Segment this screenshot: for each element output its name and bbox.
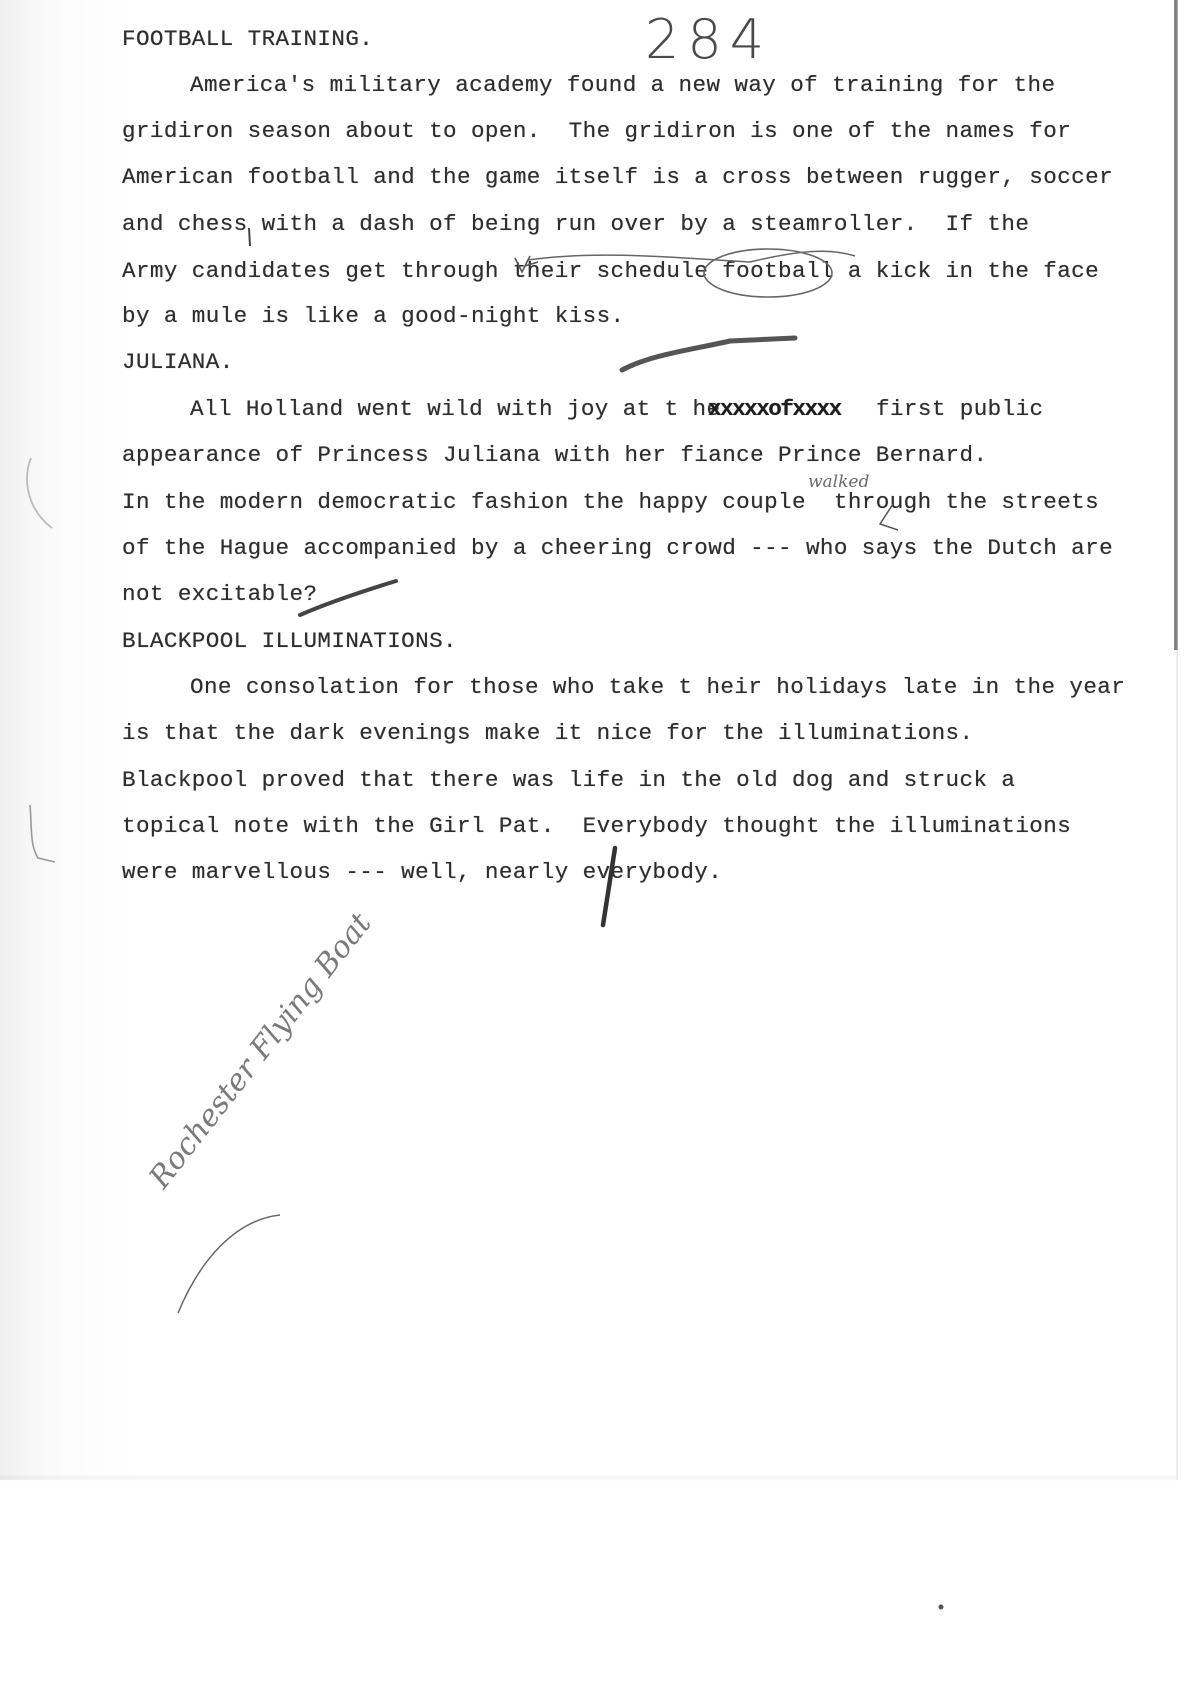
page-number: 284 (645, 8, 772, 71)
text-line: Blackpool proved that there was life in … (122, 767, 1015, 793)
text-line: appearance of Princess Juliana with her … (122, 442, 987, 468)
text-line: Army candidates get through their schedu… (122, 258, 1182, 284)
text-line: first public (876, 396, 1044, 422)
stray-mark (939, 1605, 944, 1610)
section-heading-juliana: JULIANA. (122, 349, 234, 375)
text-line: of the Hague accompanied by a cheering c… (122, 535, 1177, 561)
text-line: not excitable? (122, 581, 317, 607)
text-line: and chess with a dash of being run over … (122, 211, 1029, 237)
text-line: topical note with the Girl Pat. Everybod… (122, 813, 1071, 839)
text-line: gridiron season about to open. The gridi… (122, 118, 1182, 144)
page-right-edge-faint (1176, 650, 1178, 1480)
section-heading-blackpool: BLACKPOOL ILLUMINATIONS. (122, 628, 457, 654)
text-line: In the modern democratic fashion the hap… (122, 489, 1177, 515)
page-bottom-edge (0, 1474, 1176, 1482)
text-line: American football and the game itself is… (122, 164, 1182, 190)
struck-out-text: xxxxxofxxxx (708, 396, 841, 422)
text-line: by a mule is like a good-night kiss. (122, 303, 625, 329)
section-heading-football: FOOTBALL TRAINING. (122, 26, 373, 52)
text-line: were marvellous --- well, nearly everybo… (122, 859, 722, 885)
text-line: America's military academy found a new w… (190, 72, 1055, 98)
text-line: All Holland went wild with joy at t he (190, 396, 720, 422)
text-line: One consolation for those who take t hei… (190, 674, 1175, 700)
text-line: is that the dark evenings make it nice f… (122, 720, 973, 746)
